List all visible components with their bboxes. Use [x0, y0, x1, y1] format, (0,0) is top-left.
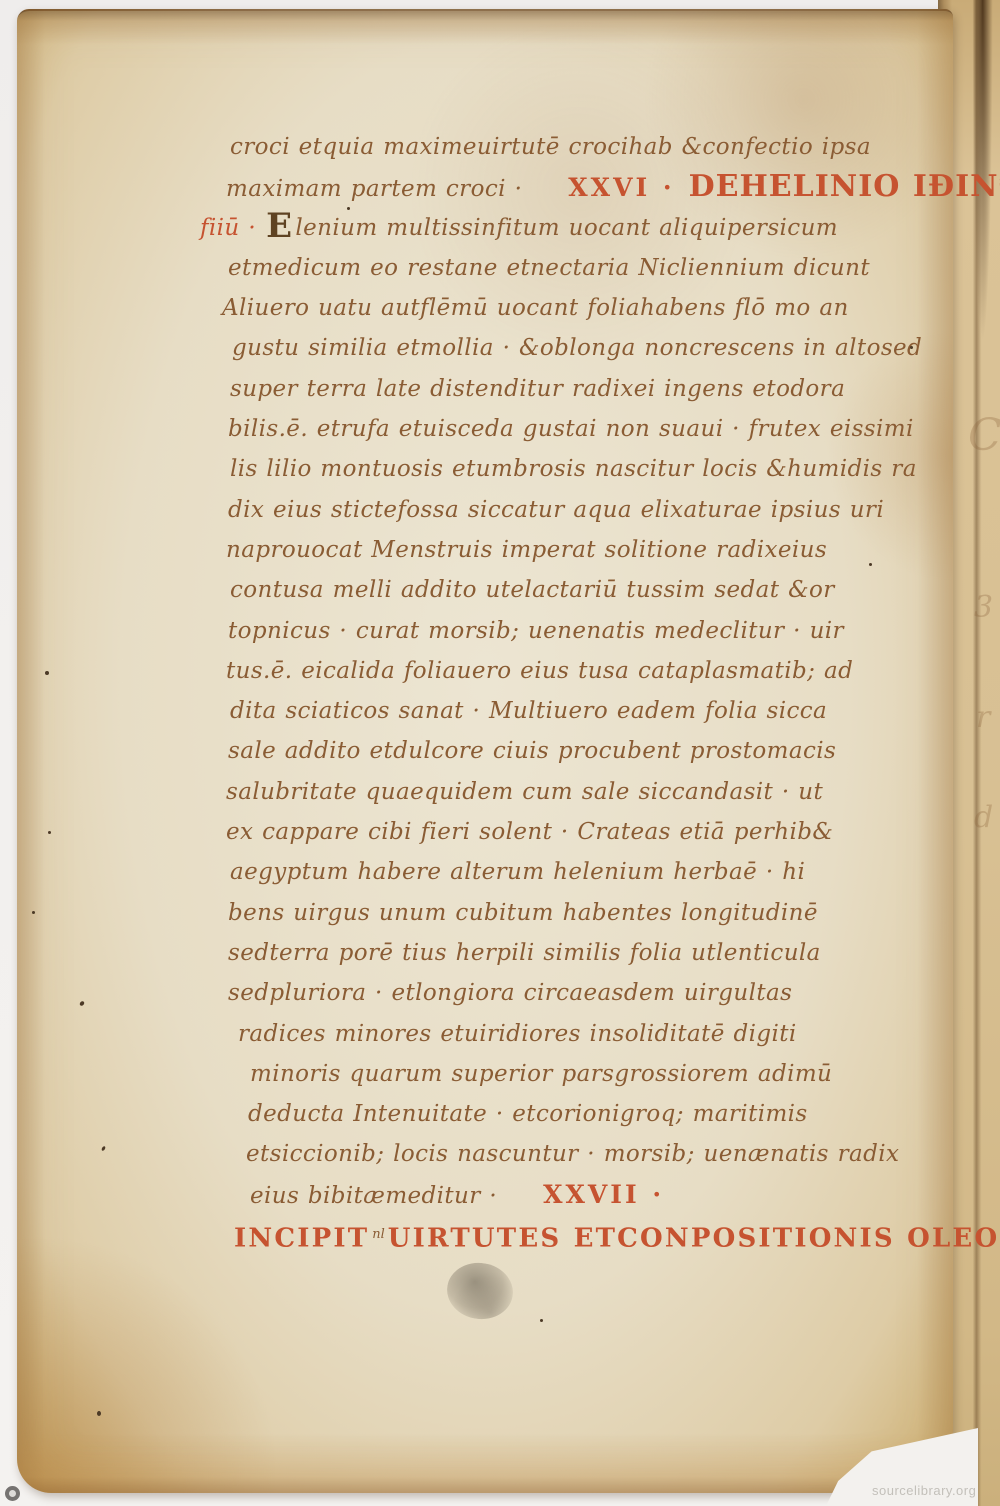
- text-segment-ink: maximam partem croci ·: [226, 176, 522, 202]
- text-line: sedterra porē tius herpili similis folia…: [228, 933, 948, 973]
- text-segment-rubric: fiiū ·: [200, 215, 256, 241]
- ink-smudge: [443, 1259, 516, 1324]
- ink-speck: [97, 1411, 101, 1416]
- text-segment-ink: dita sciaticos sanat · Multiuero eadem f…: [230, 698, 827, 724]
- text-segment-ink: naprouocat Menstruis imperat solitione r…: [226, 537, 827, 563]
- ink-speck: [32, 911, 35, 914]
- text-segment-ink: super terra late distenditur radixei ing…: [230, 376, 845, 402]
- text-segment-rubric-title: DEHELINIO IÐINˢ: [689, 169, 1000, 204]
- text-line: Aliuero uatu autflēmū uocant foliahabens…: [222, 288, 948, 328]
- text-segment-ink: sedterra porē tius herpili similis folia…: [228, 940, 821, 966]
- text-segment-initial: E: [266, 206, 292, 246]
- ink-speck: [101, 1146, 106, 1152]
- text-segment-rubric-number: XXVII ·: [543, 1180, 664, 1209]
- text-segment-ink: ex cappare cibi fieri solent · Crateas e…: [226, 819, 833, 845]
- ink-speck: [48, 831, 51, 834]
- text-segment-ink: topnicus · curat morsib; uenenatis medec…: [228, 618, 844, 644]
- showthrough-glyph: d: [974, 800, 993, 835]
- ink-speck: [45, 671, 49, 675]
- text-segment-ink: lenium multissinfitum uocant aliquipersi…: [295, 215, 838, 241]
- text-segment-ink: bens uirgus unum cubitum habentes longit…: [228, 900, 818, 926]
- text-line: topnicus · curat morsib; uenenatis medec…: [228, 611, 948, 651]
- text-line: etmedicum eo restane etnectaria Niclienn…: [228, 248, 948, 288]
- text-line: dix eius stictefossa siccatur aqua elixa…: [228, 490, 948, 530]
- ink-speck: [869, 563, 872, 566]
- text-line: eius bibitæmeditur ·XXVII ·: [250, 1175, 948, 1215]
- text-segment-rubric-incipit: INCIPIT: [234, 1224, 369, 1254]
- manuscript-page: croci etquia maximeuirtutē crocihab &con…: [17, 9, 953, 1493]
- text-line: sedpluriora · etlongiora circaeasdem uir…: [228, 973, 948, 1013]
- text-line: salubritate quaequidem cum sale siccanda…: [226, 772, 948, 812]
- text-line: bens uirgus unum cubitum habentes longit…: [228, 893, 948, 933]
- text-line: sale addito etdulcore ciuis procubent pr…: [228, 731, 948, 771]
- text-segment-ink: lis lilio montuosis etumbrosis nascitur …: [230, 456, 917, 482]
- text-segment-ink: aegyptum habere alterum helenium herbaē …: [230, 859, 805, 885]
- text-line: super terra late distenditur radixei ing…: [230, 369, 948, 409]
- watermark: sourcelibrary.org: [872, 1483, 976, 1498]
- text-segment-ink: croci etquia maximeuirtutē crocihab &con…: [230, 134, 871, 160]
- showthrough-glyph: 3: [974, 590, 993, 625]
- text-segment-ink: sale addito etdulcore ciuis procubent pr…: [228, 738, 836, 764]
- ink-speck: [79, 1000, 85, 1006]
- text-line: contusa melli addito utelactariū tussim …: [230, 570, 948, 610]
- text-segment-ink: salubritate quaequidem cum sale siccanda…: [226, 779, 823, 805]
- text-segment-ink: deducta Intenuitate · etcorionigroq; mar…: [248, 1101, 808, 1127]
- text-line: gustu similia etmollia · &oblonga noncre…: [232, 328, 948, 368]
- text-segment-ink: contusa melli addito utelactariū tussim …: [230, 577, 835, 603]
- text-segment-rubric-incipit: UIRTUTES ETCONPOSITIONIS OLEORŪ: [388, 1224, 1000, 1254]
- text-segment-ink: eius bibitæmeditur ·: [250, 1183, 497, 1209]
- text-segment-ink: Aliuero uatu autflēmū uocant foliahabens…: [222, 295, 849, 321]
- text-segment-ink: etsiccionib; locis nascuntur · morsib; u…: [246, 1141, 899, 1167]
- text-segment-ink: etmedicum eo restane etnectaria Niclienn…: [228, 255, 870, 281]
- ink-speck: [347, 207, 350, 210]
- text-line: fiiū ·Elenium multissinfitum uocant aliq…: [200, 208, 948, 248]
- text-line: INCIPITnlUIRTUTES ETCONPOSITIONIS OLEORŪ: [234, 1215, 948, 1255]
- text-segment-rubric-number: XXVI ·: [568, 173, 674, 202]
- text-line: dita sciaticos sanat · Multiuero eadem f…: [230, 691, 948, 731]
- text-line: croci etquia maximeuirtutē crocihab &con…: [230, 127, 948, 167]
- text-line: radices minores etuiridiores insoliditat…: [238, 1014, 948, 1054]
- text-line: minoris quarum superior parsgrossiorem a…: [250, 1054, 948, 1094]
- text-line: ex cappare cibi fieri solent · Crateas e…: [226, 812, 948, 852]
- text-segment-ink: radices minores etuiridiores insoliditat…: [238, 1021, 797, 1047]
- text-segment-ink: gustu similia etmollia · &oblonga noncre…: [232, 335, 922, 361]
- text-segment-gloss: nl: [372, 1227, 385, 1242]
- text-line: aegyptum habere alterum helenium herbaē …: [230, 852, 948, 892]
- text-segment-ink: tus.ē. eicalida foliauero eius tusa cata…: [226, 658, 853, 684]
- text-segment-ink: dix eius stictefossa siccatur aqua elixa…: [228, 497, 884, 523]
- text-line: deducta Intenuitate · etcorionigroq; mar…: [248, 1094, 948, 1134]
- registration-mark-icon: [5, 1486, 20, 1501]
- manuscript-text-block: croci etquia maximeuirtutē crocihab &con…: [224, 127, 948, 1255]
- ink-speck: [540, 1319, 543, 1322]
- text-line: lis lilio montuosis etumbrosis nascitur …: [230, 449, 948, 489]
- manuscript-scan: C 3 r d croci etquia maximeuirtutē croci…: [0, 0, 1000, 1506]
- text-line: maximam partem croci ·XXVI ·DEHELINIO IÐ…: [226, 167, 948, 207]
- showthrough-glyph: C: [968, 410, 1000, 461]
- showthrough-glyph: r: [976, 700, 990, 735]
- text-line: tus.ē. eicalida foliauero eius tusa cata…: [226, 651, 948, 691]
- text-segment-ink: sedpluriora · etlongiora circaeasdem uir…: [228, 980, 792, 1006]
- text-line: naprouocat Menstruis imperat solitione r…: [226, 530, 948, 570]
- text-segment-ink: minoris quarum superior parsgrossiorem a…: [250, 1061, 832, 1087]
- text-line: bilis.ē. etrufa etuisceda gustai non sua…: [228, 409, 948, 449]
- ink-speck: [910, 346, 913, 349]
- text-line: etsiccionib; locis nascuntur · morsib; u…: [246, 1134, 948, 1174]
- text-segment-ink: bilis.ē. etrufa etuisceda gustai non sua…: [228, 416, 914, 442]
